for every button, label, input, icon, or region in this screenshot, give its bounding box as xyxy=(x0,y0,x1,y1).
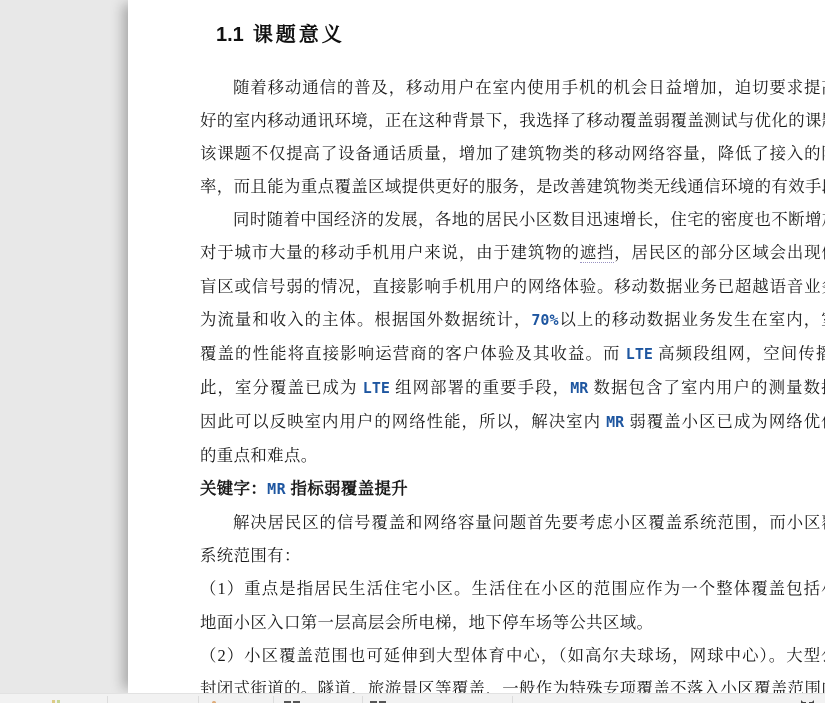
section-heading: 1.1课题意义 xyxy=(216,22,825,48)
text-line: 随着移动通信的普及，移动用户在室内使用手机的机会日益增加，迫切要求提高更 xyxy=(200,71,825,104)
section-number: 1.1 xyxy=(216,24,244,46)
taskbar-separator xyxy=(362,696,363,703)
text-line: 对于城市大量的移动手机用户来说，由于建筑物的遮挡，居民区的部分区域会出现信号 xyxy=(200,236,825,269)
highlighted-term: MR xyxy=(570,379,588,397)
taskbar-separator xyxy=(107,696,108,703)
taskbar-separator xyxy=(512,696,513,703)
text-line: 的重点和难点。 xyxy=(200,439,825,472)
taskbar-separator xyxy=(198,696,199,703)
taskbar-separator xyxy=(273,696,274,703)
text-line: 好的室内移动通讯环境，正在这种背景下，我选择了移动覆盖弱覆盖测试与优化的课题。 xyxy=(200,104,825,137)
highlighted-term: MR xyxy=(606,413,624,431)
document-content: 1.1课题意义 随着移动通信的普及，移动用户在室内使用手机的机会日益增加，迫切要… xyxy=(128,0,825,693)
text-line: 此，室分覆盖已成为 LTE 组网部署的重要手段，MR 数据包含了室内用户的测量数… xyxy=(200,371,825,405)
screenshot-root: { "document": { "heading": { "number": "… xyxy=(0,0,825,703)
text-line: 因此可以反映室内用户的网络性能，所以，解决室内 MR 弱覆盖小区已成为网络优化中 xyxy=(200,405,825,439)
highlighted-term: LTE xyxy=(626,345,653,363)
text-line: （2）小区覆盖范围也可延伸到大型体育中心，（如高尔夫球场，网球中心）。大型公园 xyxy=(200,639,825,672)
text-line: 该课题不仅提高了设备通话质量，增加了建筑物类的移动网络容量，降低了接入的阻塞 xyxy=(200,137,825,170)
text-line: 同时随着中国经济的发展，各地的居民小区数目迅速增长，住宅的密度也不断增加。 xyxy=(200,203,825,236)
text-line: 覆盖的性能将直接影响运营商的客户体验及其收益。而 LTE 高频段组网，空间传播,… xyxy=(200,337,825,371)
document-page[interactable]: 1.1课题意义 随着移动通信的普及，移动用户在室内使用手机的机会日益增加，迫切要… xyxy=(128,0,825,693)
text-line: 地面小区入口第一层高层会所电梯，地下停车场等公共区域。 xyxy=(200,606,825,639)
text-line: （1）重点是指居民生活住宅小区。生活住在小区的范围应作为一个整体覆盖包括小区 xyxy=(200,572,825,605)
text-line: 封闭式街道的。隧道，旅游景区等覆盖，一般作为特殊专项覆盖不落入小区覆盖范围内。 xyxy=(200,672,825,693)
text-line: 为流量和收入的主体。根据国外数据统计，70%以上的移动数据业务发生在室内，室内 xyxy=(200,303,825,337)
highlighted-term: LTE xyxy=(363,379,390,397)
document-lines[interactable]: 随着移动通信的普及，移动用户在室内使用手机的机会日益增加，迫切要求提高更好的室内… xyxy=(200,71,825,693)
section-title: 课题意义 xyxy=(253,24,345,46)
highlighted-term: 70% xyxy=(531,311,558,329)
text-line: 系统范围有： xyxy=(200,539,825,572)
underlined-term: 遮挡 xyxy=(580,243,615,263)
text-line: 率，而且能为重点覆盖区域提供更好的服务，是改善建筑物类无线通信环境的有效手段。 xyxy=(200,170,825,203)
text-line: 盲区或信号弱的情况，直接影响手机用户的网络体验。移动数据业务已超越语音业务成 xyxy=(200,270,825,303)
taskbar-clipped[interactable] xyxy=(0,693,825,703)
text-line: 关键字：MR 指标弱覆盖提升 xyxy=(200,472,825,506)
text-line: 解决居民区的信号覆盖和网络容量问题首先要考虑小区覆盖系统范围，而小区覆盖 xyxy=(200,506,825,539)
highlighted-term: MR xyxy=(267,480,286,498)
